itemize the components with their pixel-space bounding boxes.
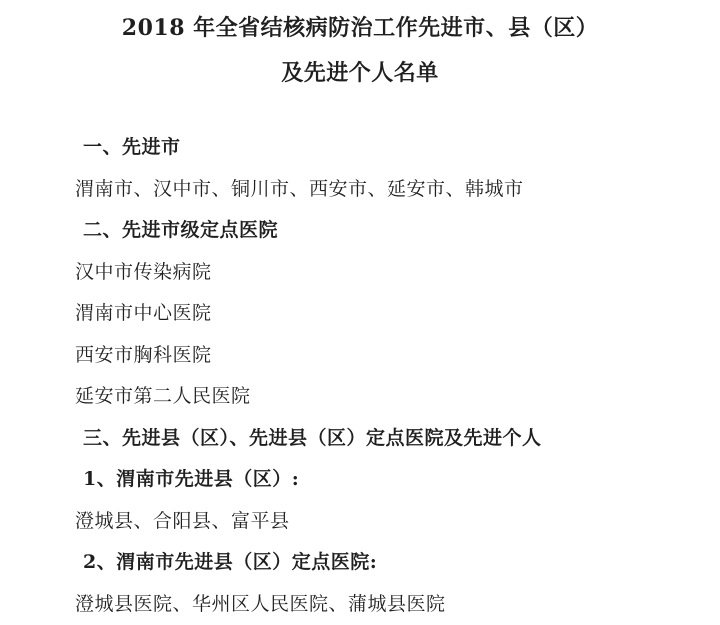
- document-heading-line: 一、先进市: [0, 127, 720, 169]
- document-title-line-1: 2018 年全省结核病防治工作先进市、县（区）: [0, 6, 720, 51]
- document-heading-line: 1、渭南市先进县（区）:: [0, 459, 720, 501]
- document-heading-line: 2、渭南市先进县（区）定点医院:: [0, 542, 720, 584]
- document-text-line: 西安市胸科医院: [0, 335, 720, 377]
- document-page: 2018 年全省结核病防治工作先进市、县（区） 及先进个人名单 一、先进市渭南市…: [0, 0, 720, 625]
- document-title-line-2: 及先进个人名单: [0, 51, 720, 96]
- document-text-line: 汉中市传染病院: [0, 252, 720, 294]
- document-heading-line: 二、先进市级定点医院: [0, 210, 720, 252]
- document-body: 一、先进市渭南市、汉中市、铜川市、西安市、延安市、韩城市二、先进市级定点医院汉中…: [0, 127, 720, 625]
- document-heading-line: 三、先进县（区）、先进县（区）定点医院及先进个人: [0, 418, 720, 460]
- document-text-line: 渭南市中心医院: [0, 293, 720, 335]
- document-text-line: 延安市第二人民医院: [0, 376, 720, 418]
- document-text-line: 澄城县医院、华州区人民医院、蒲城县医院: [0, 584, 720, 625]
- document-title: 2018 年全省结核病防治工作先进市、县（区） 及先进个人名单: [0, 0, 720, 96]
- document-text-line: 澄城县、合阳县、富平县: [0, 501, 720, 543]
- document-text-line: 渭南市、汉中市、铜川市、西安市、延安市、韩城市: [0, 169, 720, 211]
